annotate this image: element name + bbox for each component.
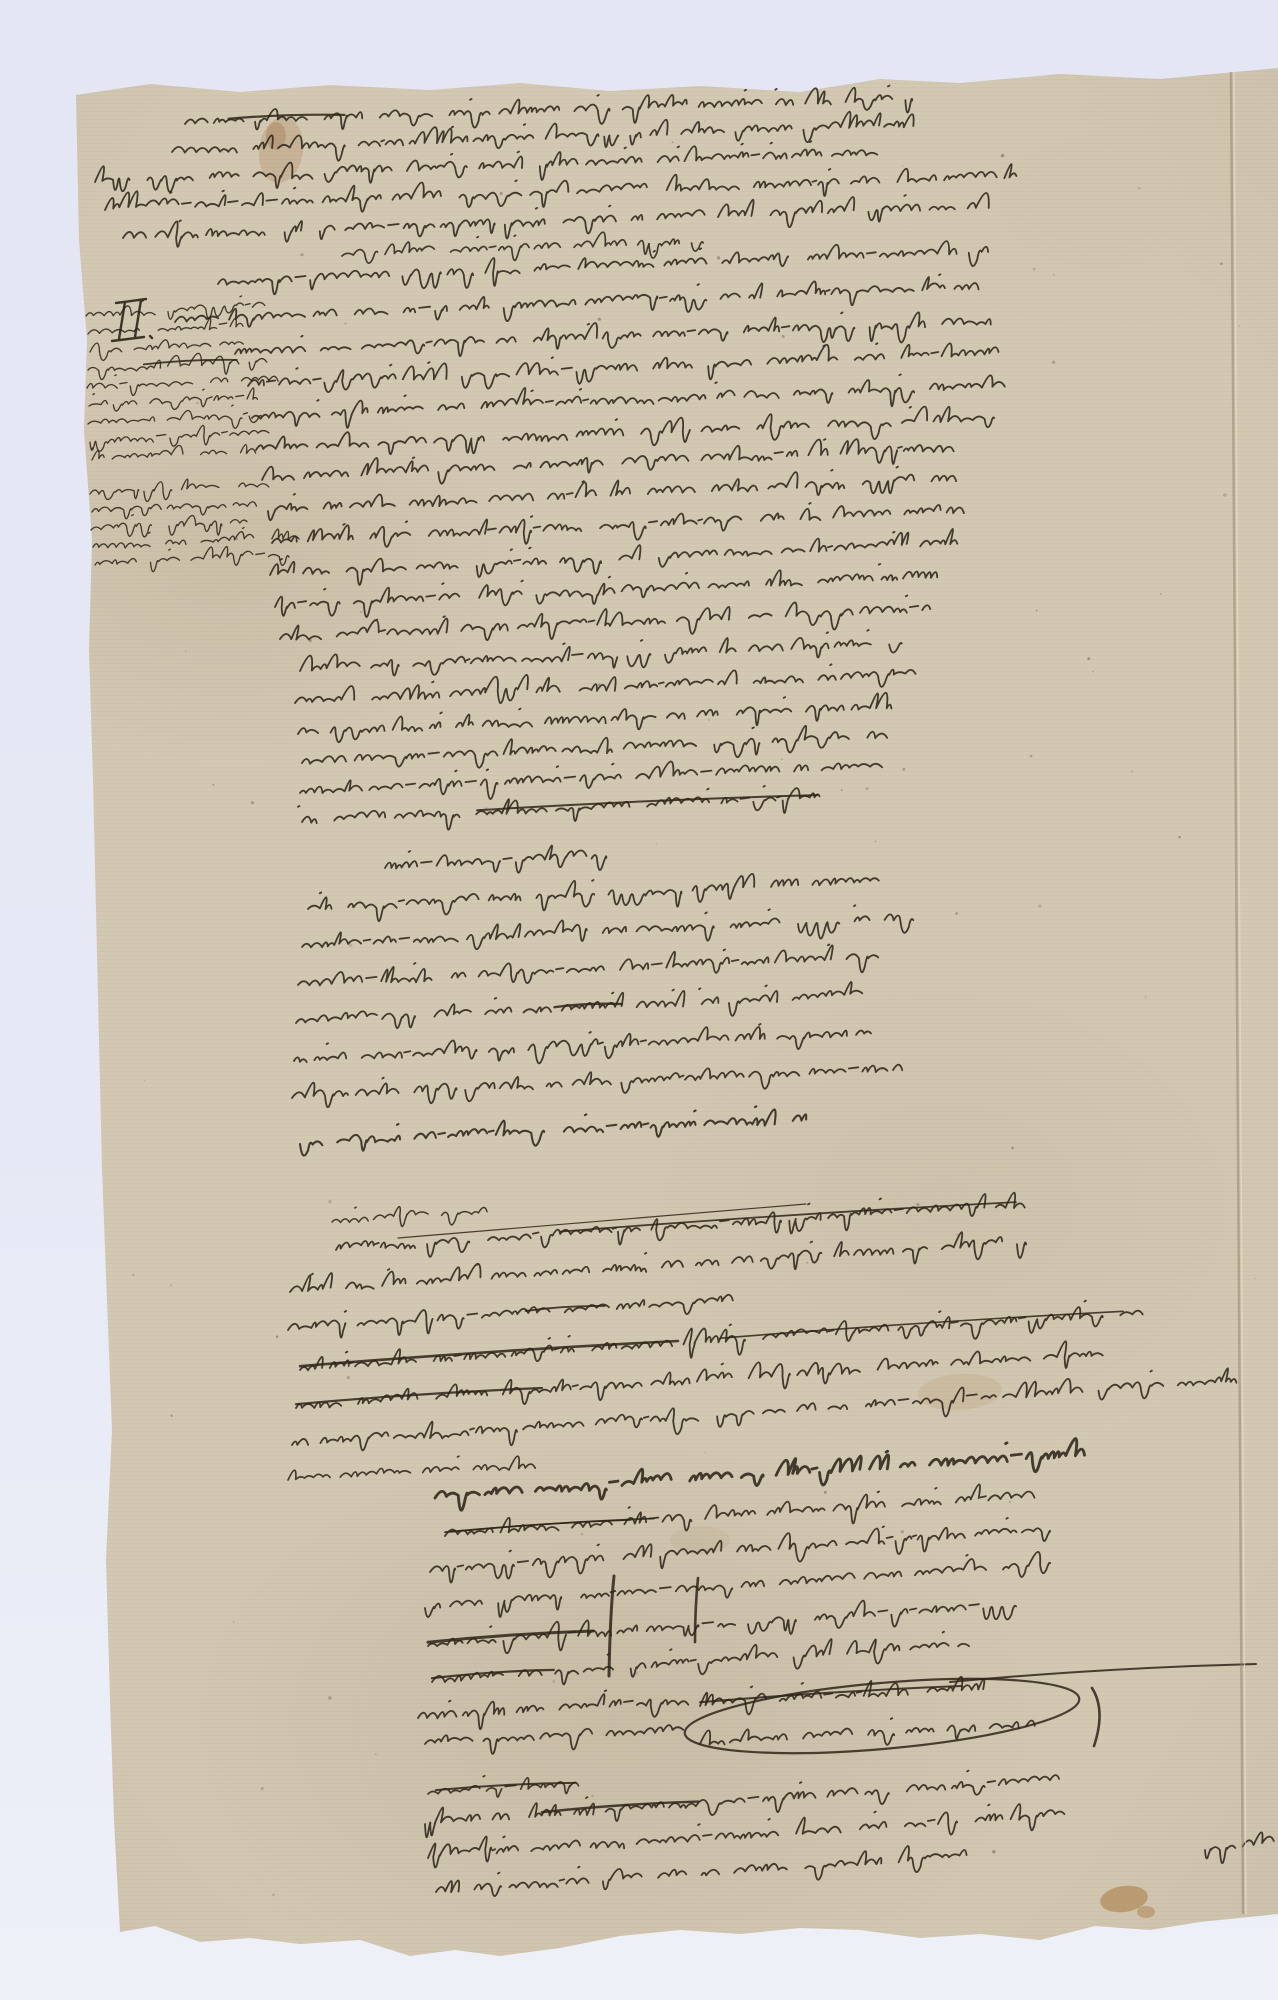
paper-speck — [782, 335, 785, 338]
handwriting-ink-layer — [0, 0, 1278, 2000]
handwritten-line — [332, 1207, 487, 1227]
paper-speck — [344, 323, 346, 325]
paper-speck — [581, 1533, 584, 1536]
handwritten-line — [292, 1065, 902, 1108]
paper-speck — [221, 151, 223, 153]
paper-speck — [902, 165, 904, 167]
paper-speck — [276, 1335, 279, 1338]
paper-speck — [699, 1668, 701, 1670]
paper-speck — [378, 697, 380, 699]
handwritten-line — [91, 515, 247, 537]
paragraph-two — [175, 241, 1005, 454]
paper-speck — [717, 256, 720, 259]
paper-speck — [591, 1795, 594, 1798]
handwritten-line — [175, 274, 979, 326]
paper-speck — [704, 120, 705, 121]
paper-speck — [598, 318, 601, 321]
handwritten-line — [105, 164, 1016, 212]
paper-speck — [781, 758, 783, 760]
handwritten-line — [90, 340, 243, 360]
paper-speck — [735, 483, 739, 487]
handwritten-line — [1205, 1832, 1274, 1863]
handwritten-line — [91, 445, 255, 460]
paper-speck — [866, 787, 869, 790]
paper-speck — [328, 1696, 331, 1699]
handwritten-line — [428, 1776, 579, 1797]
handwritten-line — [300, 762, 882, 799]
paper-speck — [881, 1068, 884, 1071]
paper-speck — [875, 841, 877, 843]
handwritten-line — [288, 1456, 535, 1480]
paper-speck — [649, 656, 651, 658]
handwritten-line — [248, 343, 998, 392]
paragraph-top — [95, 86, 1016, 264]
strikethrough-correction — [296, 1388, 542, 1404]
roman-numeral-ii — [112, 299, 152, 341]
handwritten-line — [298, 786, 820, 830]
handwritten-line — [88, 315, 243, 334]
stain-layer — [255, 114, 1155, 1918]
handwritten-line — [252, 374, 1005, 427]
handwritten-line — [308, 874, 879, 921]
handwritten-line — [700, 1677, 984, 1715]
handwritten-line — [123, 193, 989, 247]
handwritten-line — [430, 1518, 1050, 1583]
paper-speck — [552, 1680, 555, 1683]
paper-speck — [824, 1491, 827, 1494]
circled-passage-lasso — [682, 1666, 1082, 1766]
paper-speck — [1087, 657, 1090, 660]
paper-speck — [1001, 154, 1004, 157]
strikethrough-correction — [477, 795, 817, 810]
paper-speck — [1009, 1501, 1011, 1503]
paper-speck — [261, 1787, 264, 1790]
paper-speck — [1011, 1147, 1014, 1150]
paper-speck — [375, 1753, 377, 1755]
paper-speck — [300, 253, 303, 256]
handwritten-line — [385, 845, 606, 872]
paper-speck — [882, 924, 884, 926]
margin-annotations-upper — [86, 296, 278, 460]
handwritten-line — [90, 425, 269, 451]
paper-speck — [170, 1285, 172, 1287]
handwritten-line — [342, 232, 703, 263]
paper-speck — [1036, 610, 1038, 612]
handwritten-line — [272, 503, 964, 547]
paper-speck — [704, 1452, 705, 1453]
paper-speck — [955, 912, 958, 915]
ink-stain — [1137, 1906, 1155, 1918]
paragraph-four — [292, 845, 913, 1155]
paper-speck — [1160, 593, 1162, 595]
paragraph-three — [262, 439, 964, 830]
handwritten-line — [280, 596, 930, 641]
paper-speck — [1238, 325, 1240, 327]
paper-speck — [672, 141, 674, 143]
scanned-manuscript — [0, 0, 1278, 2000]
paper-speck — [1038, 904, 1041, 907]
handwritten-line — [288, 1295, 733, 1338]
paper-speck — [871, 512, 873, 514]
paper-speck — [349, 944, 352, 947]
handwritten-line — [428, 1804, 1064, 1867]
paper-speck — [272, 1893, 275, 1896]
paper-speck — [171, 1415, 173, 1417]
paper-speck — [1220, 262, 1223, 265]
paper-speck — [1138, 187, 1140, 189]
pen-stroke — [1092, 1688, 1100, 1746]
paper-speck — [1254, 1278, 1255, 1279]
paper-speck — [1033, 268, 1036, 271]
paper-speck — [636, 1672, 639, 1675]
handwritten-line — [292, 1368, 1236, 1450]
pen-stroke — [398, 1204, 806, 1238]
handwritten-line — [300, 630, 902, 676]
handwritten-line — [700, 1718, 1035, 1745]
paper-speck — [656, 844, 658, 846]
paper-speck — [901, 1530, 904, 1533]
handwritten-line — [298, 945, 878, 986]
handwritten-line — [268, 467, 956, 520]
handwritten-line — [302, 905, 913, 949]
paper-speck — [806, 1262, 808, 1264]
paper-speck — [1144, 996, 1146, 998]
handwritten-line — [95, 547, 289, 572]
fold-crease — [1231, 72, 1243, 1914]
strikethrough-correction — [555, 1004, 622, 1007]
handwritten-line — [256, 407, 994, 455]
paper-speck — [485, 808, 489, 812]
paper-speck — [309, 639, 312, 642]
handwritten-line — [295, 664, 916, 703]
handwritten-line — [425, 1771, 1059, 1838]
ink-stain — [917, 1371, 1003, 1413]
paper-speck — [598, 683, 601, 686]
paper-speck — [197, 402, 199, 404]
paper-speck — [708, 718, 711, 721]
paper-speck — [1052, 361, 1055, 364]
paper-speck — [1053, 273, 1055, 275]
handwritten-line — [435, 1439, 1084, 1511]
handwritten-line — [436, 1846, 966, 1896]
paper-speck — [1178, 836, 1180, 838]
paper-speck — [144, 1080, 145, 1081]
paper-speck — [132, 1274, 134, 1276]
paper-speck — [360, 611, 362, 613]
handwritten-line — [290, 1232, 1026, 1292]
pen-stroke — [609, 1576, 614, 1676]
paper-speck — [721, 643, 723, 645]
paper-speck — [956, 1234, 958, 1236]
paper-speck — [500, 192, 503, 195]
handwritten-line — [235, 312, 991, 356]
handwritten-line — [300, 1106, 806, 1155]
handwritten-line — [294, 1024, 871, 1063]
paper-speck — [347, 1376, 350, 1379]
paper-speck — [1092, 671, 1094, 673]
paper-speck — [328, 1200, 332, 1204]
strikethrough-correction — [560, 1202, 1016, 1232]
handwritten-line — [92, 502, 256, 519]
handwritten-line — [298, 693, 891, 742]
handwritten-line — [90, 479, 269, 501]
paper-speck — [1030, 1827, 1033, 1830]
strikethrough-correction — [428, 1631, 593, 1642]
paper-speck — [251, 801, 254, 804]
paper-speck — [992, 1850, 995, 1853]
handwritten-line — [93, 528, 299, 548]
margin-annotations-lower — [90, 479, 299, 571]
paper-speck — [235, 537, 238, 540]
handwritten-line — [302, 726, 887, 768]
paper-speck — [1223, 493, 1226, 496]
paper-speck — [233, 1621, 235, 1623]
strikethrough-correction — [526, 1306, 605, 1311]
paper-speck — [902, 768, 905, 771]
handwritten-line — [89, 388, 257, 411]
paper-speck — [185, 650, 187, 652]
handwritten-line — [262, 439, 954, 483]
handwritten-line — [425, 1725, 683, 1754]
paper-speck — [213, 784, 215, 786]
handwritten-line — [418, 1690, 688, 1729]
paper-speck — [916, 1203, 919, 1206]
paper-speck — [1131, 770, 1134, 773]
paper-speck — [841, 789, 843, 791]
paper-speck — [1030, 755, 1033, 758]
